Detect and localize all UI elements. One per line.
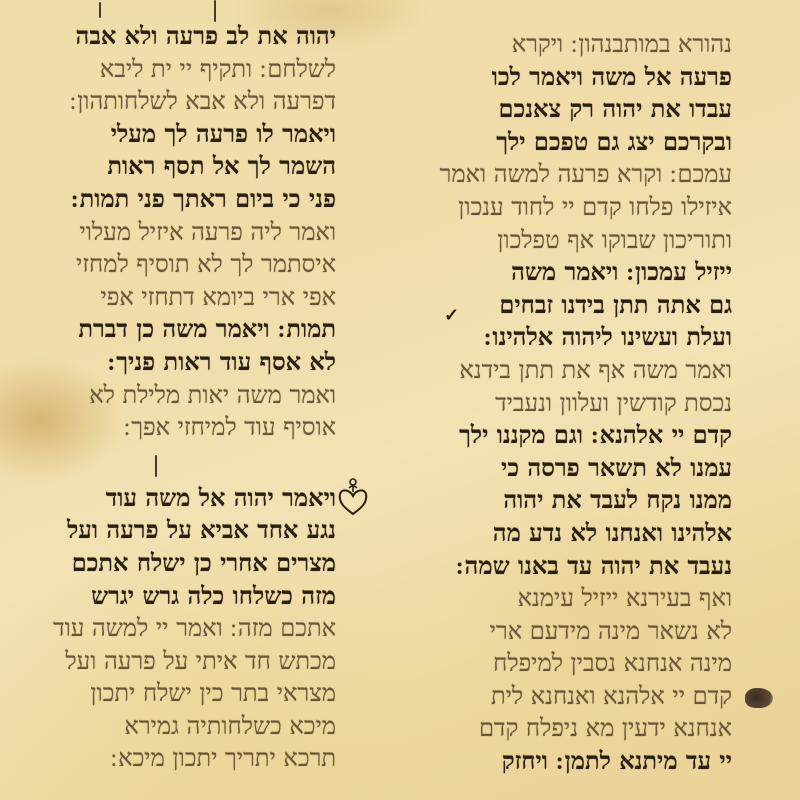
text-line: קדם יי אלהנא ׃ וגם מקננו ילך [428,419,732,452]
text-line: ממנו נקח לעבד את יהוה [428,484,732,517]
text-line: מכתש חד איתי על פרעה ועל [14,645,336,678]
text-line: ויאמר יהוה אל משה עוד [14,482,336,515]
text-line: ייזיל עמכון ׃ ויאמר משה [428,256,732,289]
text-line: נכסת קודשין ועלוון ונעביד [428,387,732,420]
section-break [14,444,336,482]
text-line: מיכא כשלחותיה גמירא [14,710,336,743]
text-line: ועלת ועשינו ליהוה אלהינו ׃ [428,321,732,354]
text-line: לא אסף עוד ראות פניך ׃ [14,346,336,379]
text-line: דפרעה ולא אבא לשלחותהון ׃ [14,85,336,118]
text-line: תרכא יתריך יתכון מיכא ׃ [14,742,336,775]
text-line: עבדו את יהוה רק צאנכם [428,93,732,126]
text-line: יי עד מיתנא לתמן ׃ ויחזק [428,745,732,778]
text-line: אתכם מזה ׃ ואמר יי למשה עוד [14,612,336,645]
text-line: אפי ארי ביומא דתחזי אפי [14,281,336,314]
text-line: אלהינו ואנחנו לא נדע מה [428,517,732,550]
text-line: פרעה אל משה ויאמר לכו [428,61,732,94]
text-line: ויאמר לו פרעה לך מעלי [14,118,336,151]
lamed-ascender [99,2,101,18]
text-line: ואמר ליה פרעה איזיל מעלוי [14,216,336,249]
text-line: מינה אנחנא נסבין למיפלח [428,647,732,680]
text-line: ותוריכון שבוקו אף טפלכון [428,224,732,257]
text-line: איזילו פלחו קדם יי לחוד ענכון [428,191,732,224]
margin-verse-mark: ✓ [444,305,459,326]
text-line: ואמר משה אף את תתן בידנא [428,354,732,387]
text-line: מזה כשלחו כלה גרש יגרש [14,580,336,613]
text-line: יהוה את לב פרעה ולא אבה [14,20,336,53]
text-line: נהורא במותבנהון ׃ ויקרא [428,28,732,61]
text-line: ואמר משה יאות מלילת לא [14,379,336,412]
text-line: קדם יי אלהנא ואנחנא לית [428,680,732,713]
text-line: השמר לך אל תסף ראות [14,150,336,183]
text-line: עמכם ׃ וקרא פרעה למשה ואמר [428,158,732,191]
lamed-ascender [214,0,216,22]
text-line: מצראי בתר כין ישלח יתכון [14,677,336,710]
text-line: נעבד את יהוה עד באנו שמה ׃ [428,550,732,583]
text-line: עמנו לא תשאר פרסה כי [428,452,732,485]
right-column: נהורא במותבנהון ׃ ויקרא פרעה אל משה ויאמ… [428,28,732,778]
text-line: מצרים אחרי כן ישלח אתכם [14,547,336,580]
left-column: יהוה את לב פרעה ולא אבה לשלחם ׃ ותקיף יי… [14,20,336,775]
text-line: תמות ׃ ויאמר משה כן דברת [14,313,336,346]
text-line: גם אתה תתן בידנו זבחים [428,289,732,322]
text-line: פני כי ביום ראתך פני תמות ׃ [14,183,336,216]
text-line: לא נשאר מינה מידעם ארי [428,615,732,648]
text-line: נגע אחד אביא על פרעה ועל [14,514,336,547]
left-text-block-2: ויאמר יהוה אל משה עוד נגע אחד אביא על פר… [14,482,336,775]
text-line: אנחנא ידעין מא ניפלח קדם [428,712,732,745]
text-line: איסתמר לך לא תוסיף למחזי [14,248,336,281]
text-line: ואף בעירנא ייזיל עימנא [428,582,732,615]
text-line: לשלחם ׃ ותקיף יי ית ליבא [14,53,336,86]
left-text-block-1: יהוה את לב פרעה ולא אבה לשלחם ׃ ותקיף יי… [14,20,336,444]
text-line: אוסיף עוד למיחזי אפך ׃ [14,411,336,444]
ink-blot [745,688,773,708]
section-marker-icon [336,476,370,516]
text-line: ובקרכם יצג גם טפכם ילך [428,126,732,159]
